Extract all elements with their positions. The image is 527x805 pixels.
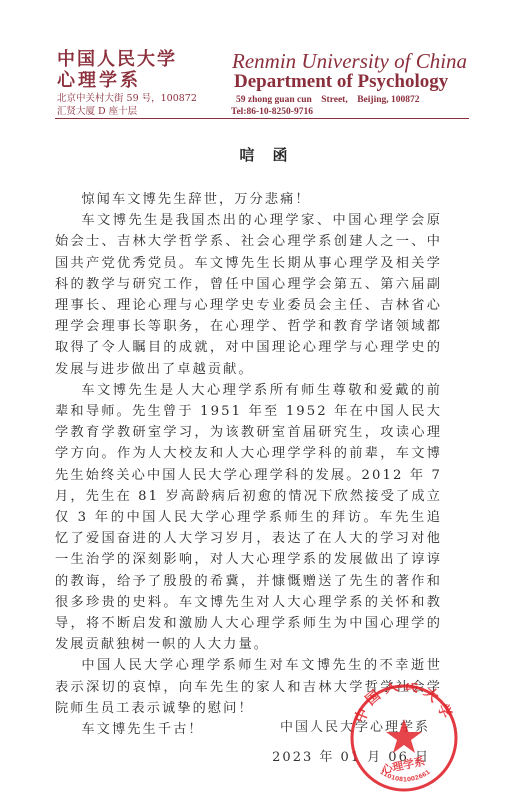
document-title: 唁函 [0,144,527,165]
signature-date: 2023 年 01 月 06 日 [272,748,430,768]
signature-block: 中国人民大学心理学系 2023 年 01 月 06 日 [272,718,430,768]
en-telephone: Tel:86-10-8250-9716 [231,106,313,118]
letterhead: 中国人民大学 心理学系 北京中关村大街 59 号，100872 汇贤大厦 D 座… [0,0,527,122]
en-university-name: Renmin University of China [232,50,467,72]
en-department-name: Department of Psychology [234,72,448,92]
paragraph-opening: 惊闻车文博先生辞世，万分悲痛！ [55,189,442,210]
letter-body: 惊闻车文博先生辞世，万分悲痛！ 车文博先生是我国杰出的心理学家、中国心理学会原始… [55,189,442,740]
letterhead-divider [55,118,469,119]
cn-address-line1: 北京中关村大街 59 号，100872 [57,93,197,105]
en-address: 59 zhong guan cun Street, Beijing, 10087… [236,94,420,106]
paragraph-condolence: 中国人民大学心理学系师生对车文博先生的不幸逝世表示深切的哀悼，向车先生的家人和吉… [55,655,442,719]
paragraph-biography: 车文博先生是我国杰出的心理学家、中国心理学会原始会士、吉林大学哲学系、社会心理学… [55,210,442,380]
paragraph-relationship: 车文博先生是人大心理学系所有师生尊敬和爱戴的前辈和导师。先生曾于 1951 年至… [55,380,442,656]
signature-organization: 中国人民大学心理学系 [272,718,430,738]
seal-number: 1101081002661 [378,769,431,784]
cn-address-line2: 汇贤大厦 D 座十层 [57,106,137,118]
svg-text:1101081002661: 1101081002661 [378,769,431,784]
cn-department-name: 心理学系 [57,71,141,91]
cn-university-name: 中国人民大学 [57,50,177,70]
